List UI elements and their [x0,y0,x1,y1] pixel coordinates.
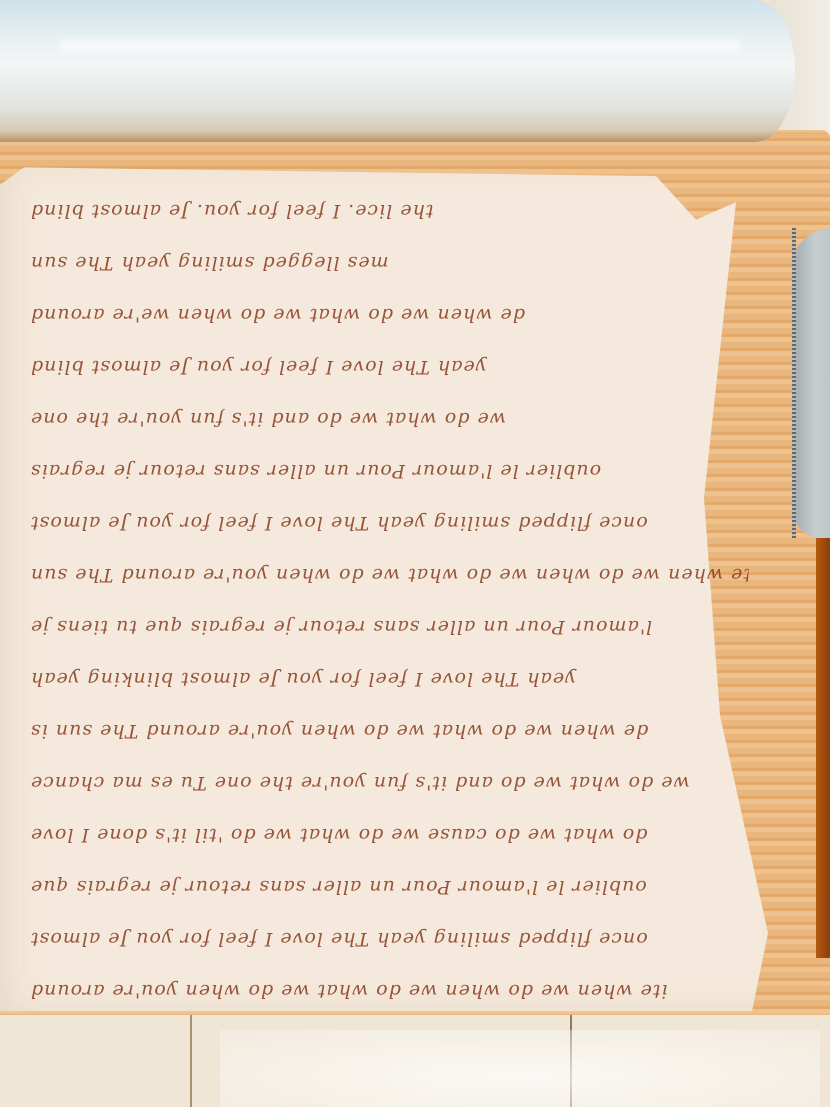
knife-blade [792,228,830,538]
text-line: l'amour Pour un aller sans retour je reg… [30,616,652,638]
knife-handle [816,538,830,958]
cursive-text-block: ite when we do when we do what we do whe… [0,150,820,1010]
text-line: the lice. I feel for you. Je almost blin… [30,200,433,222]
plastic-wrap-sheet [220,1030,820,1107]
text-line: ite when we do when we do what we do whe… [30,980,668,1002]
text-line: we do what we do and it's fun you're the… [30,772,690,794]
roll-highlight [60,40,740,50]
text-line: de when we do what we do when you're aro… [30,720,648,742]
serrated-edge [792,228,796,538]
text-line: yeah The love I feel for you Je almost b… [30,668,576,690]
plastic-wrap-roll [0,0,795,142]
text-line: do what we do cause we do what we do 'ti… [30,824,647,846]
text-line: mes llegged smiling yeah The sun [30,252,389,274]
text-line: oublier le l'amour Pour un aller sans re… [30,876,647,898]
text-line: once flipped smiling yeah The love I fee… [30,928,648,950]
text-line: once flipped smiling yeah The love I fee… [30,512,648,534]
text-line: de when we do what we do when we're arou… [30,304,525,326]
text-line: ite when we do when we do what we do whe… [30,564,758,586]
text-line: oublier le l'amour Pour un aller sans re… [30,460,601,482]
text-line: yeah The love I feel for you Je almost b… [30,356,486,378]
text-line: we do what we do and it's fun you're the… [30,408,506,430]
